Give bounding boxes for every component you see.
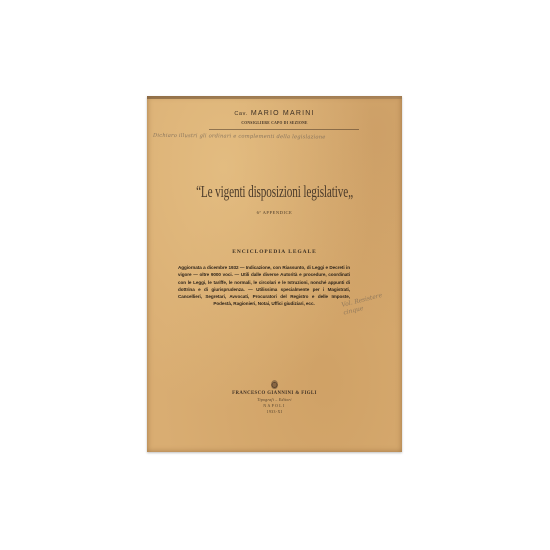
publisher-subtitle: Tipografi – Editori	[147, 398, 402, 402]
book-title: “Le vigenti disposizioni legislative„	[190, 182, 358, 202]
book-cover-page: Cav. MARIO MARINI CONSIGLIERE CAPO DI SE…	[147, 96, 402, 452]
author-prefix: Cav.	[234, 111, 247, 117]
author-name: MARIO MARINI	[251, 110, 315, 117]
publisher-emblem-icon	[271, 380, 278, 389]
publisher-city: NAPOLI	[147, 404, 402, 408]
description-text: Aggiornata a dicembre 1932 — Indicazione…	[178, 264, 350, 308]
author-title: CONSIGLIERE CAPO DI SEZIONE	[147, 121, 402, 125]
publication-year: 1933-XI	[147, 410, 402, 414]
series-title: ENCICLOPEDIA LEGALE	[147, 249, 402, 255]
author-line: Cav. MARIO MARINI	[147, 110, 402, 117]
handwritten-note: Dichiaro illustri gli ordinari e complem…	[153, 133, 393, 142]
publisher-name: FRANCESCO GIANNINI & FIGLI	[147, 391, 402, 396]
divider-rule	[209, 129, 359, 130]
appendix-label: 6ª APPENDICE	[147, 210, 402, 215]
